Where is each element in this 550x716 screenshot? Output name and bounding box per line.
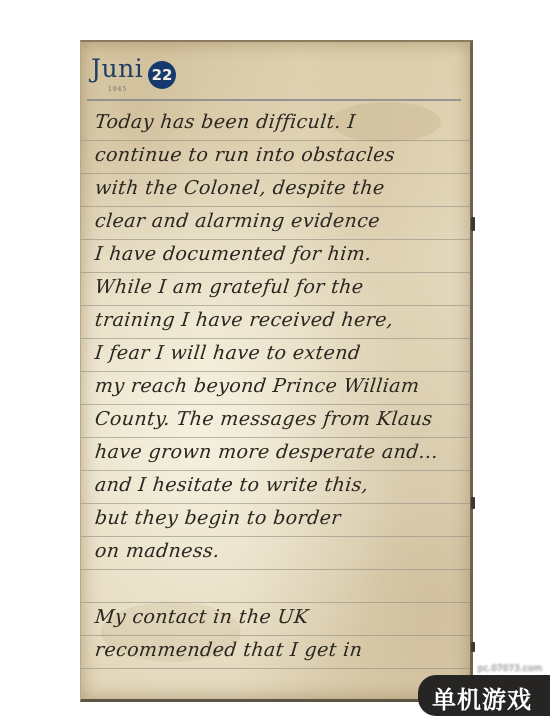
journal-line: recommended that I get in — [93, 634, 464, 667]
watermark-url: pc.07073.com — [478, 664, 542, 674]
journal-line: training I have received here, — [93, 304, 464, 337]
journal-line: Today has been difficult. I — [93, 106, 464, 139]
date-header: Juni 1945 22 — [89, 48, 459, 98]
page-edge-mark — [471, 497, 475, 509]
journal-line: my reach beyond Prince William — [93, 370, 464, 403]
journal-line: clear and alarming evidence — [93, 205, 464, 238]
journal-entry: Today has been difficult. Icontinue to r… — [95, 106, 463, 667]
year-label: 1945 — [108, 86, 127, 93]
page-edge-mark — [471, 217, 475, 231]
month-label: Juni — [91, 54, 143, 83]
journal-line: I fear I will have to extend — [93, 337, 464, 370]
header-divider — [87, 99, 461, 101]
journal-line: have grown more desperate and... — [93, 436, 464, 469]
journal-line: While I am grateful for the — [93, 271, 464, 304]
journal-line: County. The messages from Klaus — [93, 403, 464, 436]
journal-line: continue to run into obstacles — [93, 139, 464, 172]
journal-line: My contact in the UK — [93, 601, 464, 634]
watermark-text: 单机游戏 — [432, 680, 532, 715]
day-badge: 22 — [148, 61, 176, 89]
journal-page: Juni 1945 22 Today has been difficult. I… — [80, 40, 473, 702]
site-watermark: pc.07073.com 单机游戏 — [418, 675, 550, 716]
journal-line: on madness. — [93, 535, 464, 568]
journal-line: I have documented for him. — [93, 238, 464, 271]
journal-line: and I hesitate to write this, — [93, 469, 464, 502]
blank-line — [93, 568, 464, 601]
page-edge-mark — [471, 642, 475, 652]
journal-line: but they begin to border — [93, 502, 464, 535]
journal-line: with the Colonel, despite the — [93, 172, 464, 205]
